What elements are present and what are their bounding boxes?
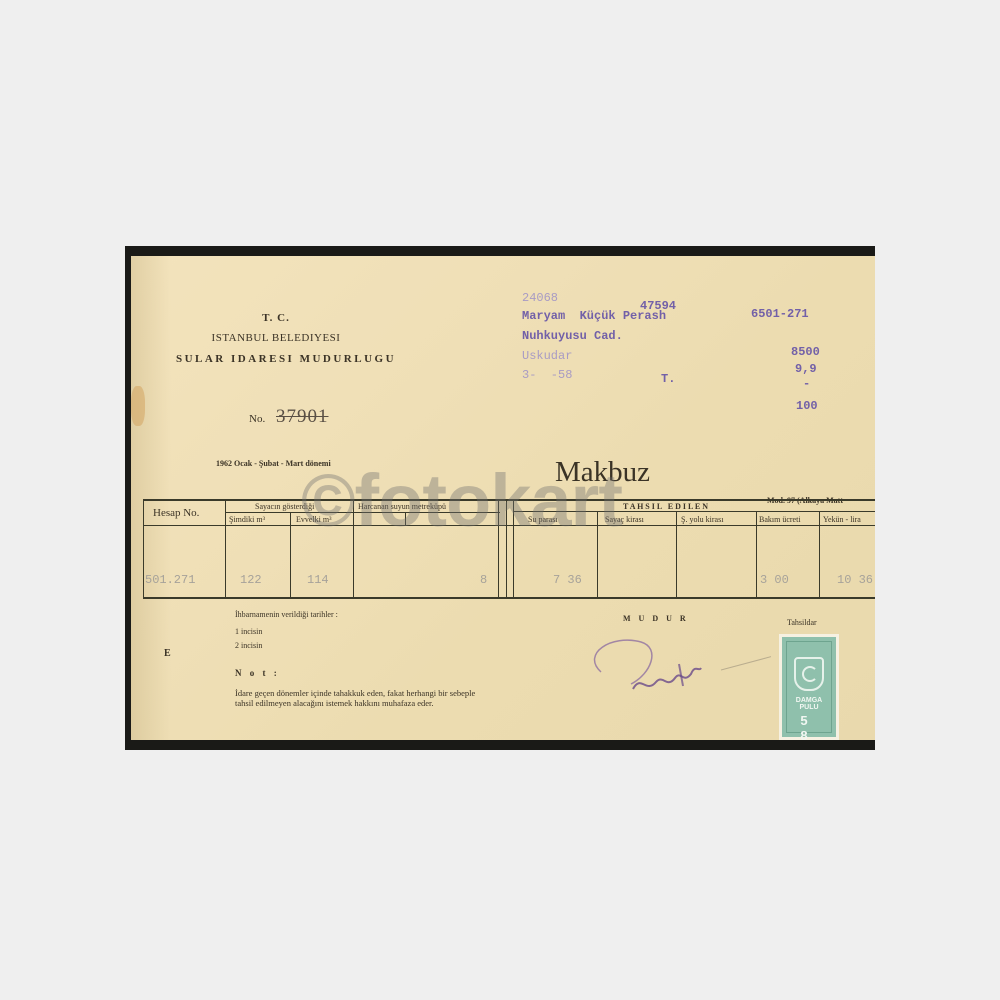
typed-date: 3- -58 <box>522 367 572 383</box>
typed-district: Uskudar <box>522 348 572 364</box>
collector-label: Tahsildar <box>787 618 817 627</box>
crescent-star-icon <box>794 657 824 691</box>
director-label: M U D U R <box>623 614 689 623</box>
paper-stain <box>131 386 145 426</box>
receipt-number-label: No. <box>249 413 265 425</box>
billing-period: 1962 Ocak - Şubat - Mart dönemi <box>216 459 331 468</box>
col-header-yolu-kirasi: Ş. yolu kirası <box>681 515 723 524</box>
col-header-simdiki: Şimdiki m³ <box>229 515 265 524</box>
header-directorate: SULAR IDARESI MUDURLUGU <box>131 353 441 365</box>
col-header-evvelki: Evvelki m³ <box>296 515 332 524</box>
signature <box>571 634 771 704</box>
col-group-tahsil-edilen: T A H S I L E D I L E N <box>623 502 708 511</box>
col-group-sayac: Sayacın gösterdiği <box>255 502 314 511</box>
margin-mark: E <box>164 648 171 659</box>
notice-date-1: 1 incisin <box>235 627 262 636</box>
col-header-bakim: Bakım ücreti <box>759 515 801 524</box>
typed-code-1: 24068 <box>522 290 558 306</box>
receipt-number: 37901 <box>276 406 329 428</box>
typed-amount-2: 9,9 <box>795 361 817 377</box>
typed-mark: T. <box>661 371 675 387</box>
cell-bakim: 3 00 <box>760 573 789 587</box>
note-body: İdare geçen dönemler içinde tahakkuk ede… <box>235 688 495 708</box>
cell-harcanan: 8 <box>480 573 487 587</box>
cell-toplam: 10 36 <box>837 573 873 587</box>
typed-account-ref: 6501-271 <box>751 306 809 322</box>
cell-evvelki: 114 <box>307 573 329 587</box>
col-header-hesap-no: Hesap No. <box>153 507 199 519</box>
receipt-document: T. C. ISTANBUL BELEDIYESI SULAR IDARESI … <box>131 256 875 740</box>
typed-amount-1: 8500 <box>791 344 820 360</box>
stamp-value: 5 8 <box>786 713 832 740</box>
stamp-text: DAMGA PULU <box>786 697 832 711</box>
col-group-harcanan: Harcanan suyun metreküpü <box>358 502 446 511</box>
document-title: Makbuz <box>555 456 650 489</box>
col-header-toplam: Yekün - lira <box>823 515 861 524</box>
header-tc: T. C. <box>131 312 421 324</box>
cell-simdiki: 122 <box>240 573 262 587</box>
typed-amount-4: 100 <box>796 398 818 414</box>
header-municipality: ISTANBUL BELEDIYESI <box>131 332 421 344</box>
notice-date-2: 2 incisin <box>235 641 262 650</box>
billing-table: Hesap No. Sayacın gösterdiği Şimdiki m³ … <box>143 499 875 609</box>
cell-su-parasi: 7 36 <box>553 573 582 587</box>
typed-amount-3: - <box>803 376 810 392</box>
revenue-stamp: DAMGA PULU 5 8 <box>779 634 839 740</box>
typed-street: Nuhkuyusu Cad. <box>522 328 623 344</box>
notice-dates-label: İhbarnamenin verildiği tarihler : <box>235 610 338 619</box>
cell-hesap: 501.271 <box>145 573 195 587</box>
col-header-su-parasi: Su parası <box>528 515 558 524</box>
typed-customer-name: Maryam Küçük Perash <box>522 308 666 324</box>
col-header-sayac-kirasi: Sayaç kirası <box>605 515 644 524</box>
note-title: N o t : <box>235 668 280 678</box>
